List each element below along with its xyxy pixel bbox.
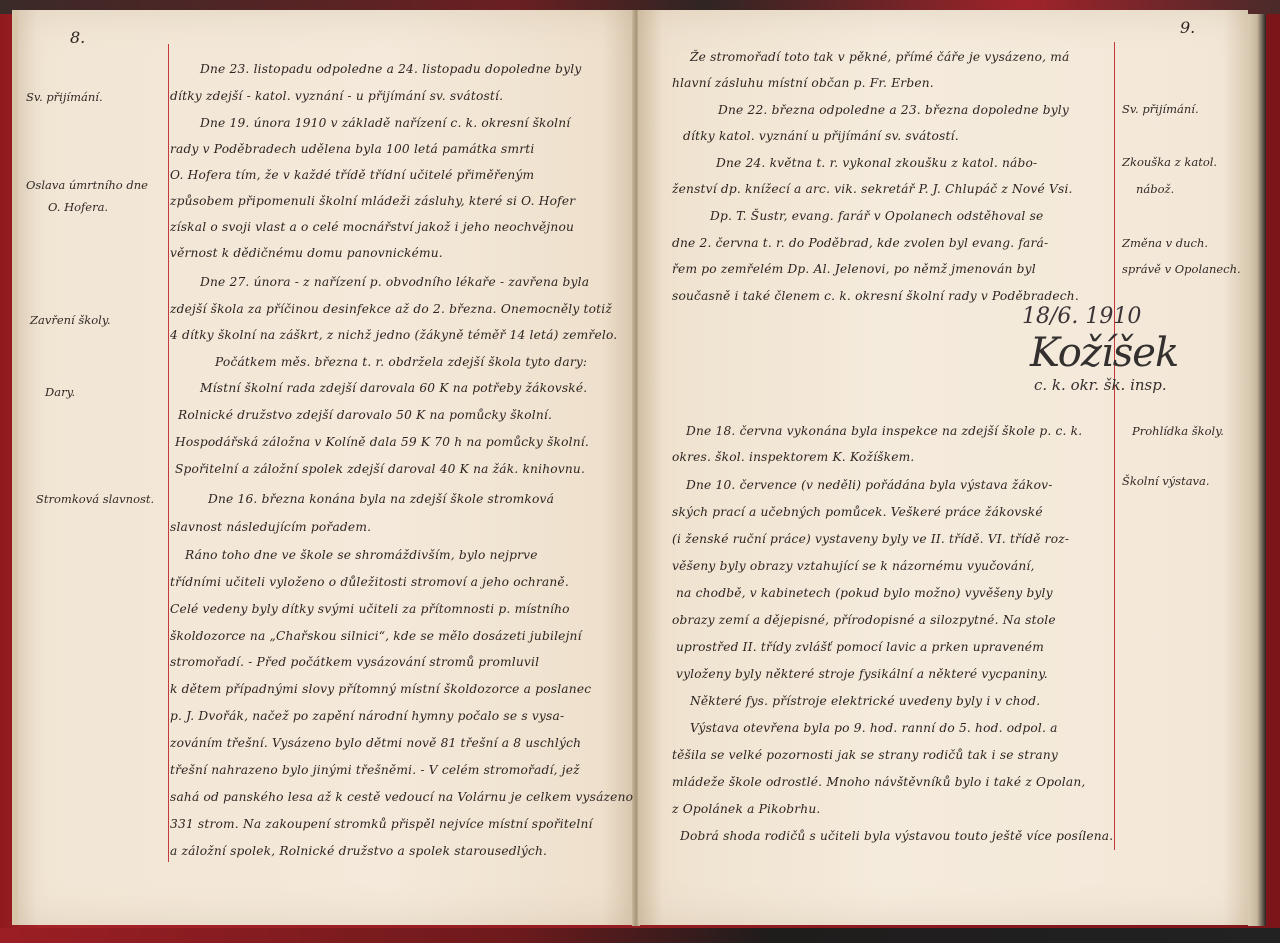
text-line: ských prací a učebných pomůcek. Veškeré … bbox=[672, 505, 1043, 519]
text-line: slavnost následujícím pořadem. bbox=[170, 520, 371, 534]
text-line: Dne 27. února - z nařízení p. obvodního … bbox=[200, 275, 589, 289]
text-line: vyloženy byly některé stroje fysikální a… bbox=[676, 667, 1048, 681]
text-line: Že stromořadí toto tak v pěkné, přímé čá… bbox=[690, 50, 1070, 64]
text-line: sahá od panského lesa až k cestě vedoucí… bbox=[170, 790, 633, 804]
text-line: Výstava otevřena byla po 9. hod. ranní d… bbox=[690, 721, 1058, 735]
text-line: z Opolánek a Pikobrhu. bbox=[672, 802, 820, 816]
inspection-date: 18/6. 1910 bbox=[1022, 304, 1141, 329]
text-line: obrazy zemí a dějepisné, přírodopisné a … bbox=[672, 613, 1056, 627]
text-line: uprostřed II. třídy zvlášť pomocí lavic … bbox=[676, 640, 1044, 654]
text-line: Počátkem měs. března t. r. obdržela zdej… bbox=[215, 355, 587, 369]
text-line: Celé vedeny byly dítky svými učiteli za … bbox=[170, 602, 570, 616]
text-line: Dobrá shoda rodičů s učiteli byla výstav… bbox=[680, 829, 1113, 843]
text-line: Dne 10. července (v neděli) pořádána byl… bbox=[686, 478, 1053, 492]
text-line: Dne 23. listopadu odpoledne a 24. listop… bbox=[200, 62, 581, 76]
text-line: k dětem případnými slovy přítomný místní… bbox=[170, 682, 591, 696]
text-line: 4 dítky školní na záškrt, z nichž jedno … bbox=[170, 328, 617, 342]
text-line: Některé fys. přístroje elektrické uveden… bbox=[690, 694, 1040, 708]
text-line: řem po zemřelém Dp. Al. Jelenovi, po něm… bbox=[672, 262, 1036, 276]
margin-note: O. Hofera. bbox=[48, 200, 108, 214]
margin-note: Změna v duch. bbox=[1122, 236, 1208, 250]
text-line: ženství dp. knížecí a arc. vik. sekretář… bbox=[672, 182, 1073, 196]
text-line: Dne 19. února 1910 v základě nařízení c.… bbox=[200, 116, 570, 130]
text-line: rady v Poděbradech udělena byla 100 letá… bbox=[170, 142, 534, 156]
text-line: Ráno toho dne ve škole se shromáždivším,… bbox=[185, 548, 538, 562]
text-line: Spořitelní a záložní spolek zdejší darov… bbox=[175, 462, 585, 476]
margin-note: Prohlídka školy. bbox=[1132, 424, 1224, 438]
text-line: a záložní spolek, Rolnické družstvo a sp… bbox=[170, 844, 547, 858]
margin-note: nábož. bbox=[1136, 182, 1174, 196]
text-line: získal o svoji vlast a o celé mocnářství… bbox=[170, 220, 574, 234]
text-line: třídními učiteli vyloženo o důležitosti … bbox=[170, 575, 569, 589]
text-line: věšeny byly obrazy vztahující se k názor… bbox=[672, 559, 1035, 573]
inspector-title: c. k. okr. šk. insp. bbox=[1034, 376, 1167, 394]
text-line: zováním třešní. Vysázeno bylo dětmi nově… bbox=[170, 736, 581, 750]
margin-note: Zkouška z katol. bbox=[1122, 155, 1217, 169]
margin-note: Stromková slavnost. bbox=[36, 492, 154, 506]
text-line: těšila se velké pozornosti jak se strany… bbox=[672, 748, 1058, 762]
text-line: O. Hofera tím, že v každé třídě třídní u… bbox=[170, 168, 534, 182]
text-line: Dp. T. Šustr, evang. farář v Opolanech o… bbox=[710, 209, 1043, 223]
margin-note: Zavření školy. bbox=[30, 313, 110, 327]
left-page-margin-rule bbox=[168, 44, 169, 862]
margin-note: Sv. přijímání. bbox=[1122, 102, 1199, 116]
text-line: dne 2. června t. r. do Poděbrad, kde zvo… bbox=[672, 236, 1048, 250]
text-line: mládeže škole odrostlé. Mnoho návštěvník… bbox=[672, 775, 1085, 789]
text-line: Dne 24. května t. r. vykonal zkoušku z k… bbox=[716, 156, 1037, 170]
margin-note: Oslava úmrtního dne bbox=[26, 178, 148, 192]
text-line: Rolnické družstvo zdejší darovalo 50 K n… bbox=[178, 408, 552, 422]
text-line: věrnost k dědičnému domu panovnickému. bbox=[170, 246, 443, 260]
text-line: p. J. Dvořák, načež po zapění národní hy… bbox=[170, 709, 564, 723]
text-line: na chodbě, v kabinetech (pokud bylo možn… bbox=[676, 586, 1053, 600]
right-page-number: 9. bbox=[1180, 18, 1195, 37]
text-line: školdozorce na „Chařskou silnici“, kde s… bbox=[170, 629, 582, 643]
left-page-number: 8. bbox=[70, 28, 85, 47]
text-line: Místní školní rada zdejší darovala 60 K … bbox=[200, 381, 587, 395]
text-line: způsobem připomenuli školní mládeži zásl… bbox=[170, 194, 575, 208]
text-line: Dne 18. června vykonána byla inspekce na… bbox=[686, 424, 1082, 438]
margin-note: Školní výstava. bbox=[1122, 474, 1210, 488]
page-stack-edge bbox=[1248, 14, 1266, 926]
text-line: 331 strom. Na zakoupení stromků přispěl … bbox=[170, 817, 593, 831]
book-cover-bottom-edge bbox=[0, 928, 1280, 943]
text-line: okres. škol. inspektorem K. Kožíškem. bbox=[672, 450, 914, 464]
text-line: Dne 22. března odpoledne a 23. března do… bbox=[718, 103, 1069, 117]
inspector-signature: Kožíšek bbox=[1030, 330, 1178, 376]
text-line: dítky zdejší - katol. vyznání - u přijím… bbox=[170, 89, 503, 103]
text-line: Dne 16. března konána byla na zdejší ško… bbox=[208, 492, 554, 506]
text-line: hlavní zásluhu místní občan p. Fr. Erben… bbox=[672, 76, 934, 90]
text-line: současně i také členem c. k. okresní ško… bbox=[672, 289, 1079, 303]
margin-note: Dary. bbox=[45, 385, 75, 399]
text-line: dítky katol. vyznání u přijímání sv. svá… bbox=[683, 129, 959, 143]
text-line: třešní nahrazeno bylo jinými třešněmi. -… bbox=[170, 763, 580, 777]
text-line: zdejší škola za příčinou desinfekce až d… bbox=[170, 302, 612, 316]
margin-note: správě v Opolanech. bbox=[1122, 262, 1241, 276]
text-line: (i ženské ruční práce) vystaveny byly ve… bbox=[672, 532, 1069, 546]
right-page-margin-rule bbox=[1114, 42, 1115, 850]
text-line: stromořadí. - Před počátkem vysázování s… bbox=[170, 655, 539, 669]
text-line: Hospodářská záložna v Kolíně dala 59 K 7… bbox=[175, 435, 589, 449]
margin-note: Sv. přijímání. bbox=[26, 90, 103, 104]
